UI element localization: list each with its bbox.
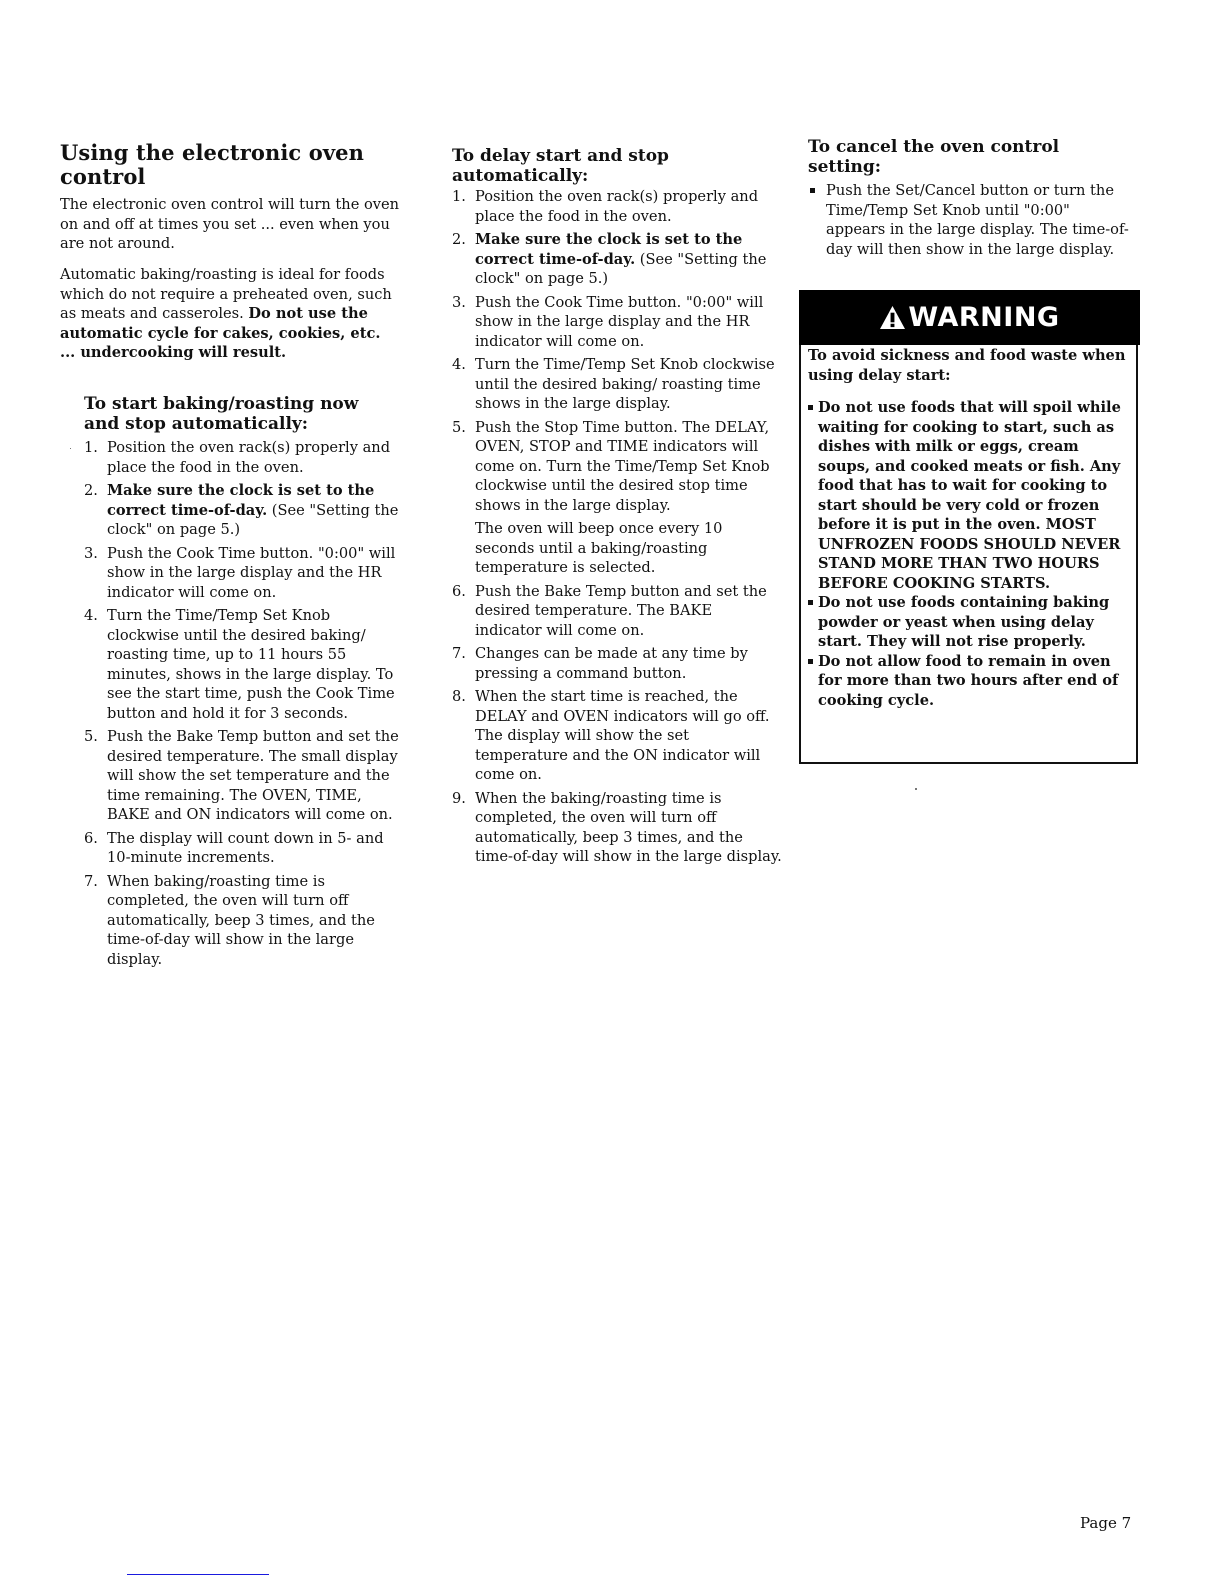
step-number: 9. (452, 789, 466, 809)
square-bullet-icon (808, 600, 813, 605)
delay-start-step: 2.Make sure the clock is set to the corr… (452, 230, 782, 289)
step-number: 4. (84, 606, 98, 626)
step-number: 6. (84, 829, 98, 849)
scan-speck (915, 788, 917, 790)
bottom-rule (127, 1574, 269, 1575)
start-now-step: 3.Push the Cook Time button. "0:00" will… (84, 544, 404, 603)
delay-start-step: 3.Push the Cook Time button. "0:00" will… (452, 293, 782, 352)
step-number: 2. (84, 481, 98, 501)
warning-bullet-item: Do not use foods that will spoil while w… (808, 398, 1133, 593)
step-number: 4. (452, 355, 466, 375)
step-number: 5. (452, 418, 466, 438)
step-number: 2. (452, 230, 466, 250)
step-text: Position the oven rack(s) properly and p… (107, 439, 390, 476)
start-now-step: 1.Position the oven rack(s) properly and… (84, 438, 404, 477)
bullet-text: Push the Set/Cancel button or turn the T… (826, 182, 1129, 258)
delay-start-step: 1.Position the oven rack(s) properly and… (452, 187, 782, 226)
bullet-text: Do not allow food to remain in oven for … (818, 653, 1118, 709)
warning-bullets: Do not use foods that will spoil while w… (808, 398, 1133, 710)
step-text: Turn the Time/Temp Set Knob clockwise un… (475, 356, 775, 412)
step-text: Push the Cook Time button. "0:00" will s… (475, 294, 763, 350)
step-number: 3. (84, 544, 98, 564)
delay-start-heading: To delay start and stop automatically: (452, 147, 772, 186)
square-bullet-icon (808, 405, 813, 410)
delay-start-step: 5.Push the Stop Time button. The DELAY, … (452, 418, 782, 578)
intro-paragraph-1: The electronic oven control will turn th… (60, 195, 400, 254)
warning-lead: To avoid sickness and food waste when us… (808, 346, 1133, 385)
step-number: 5. (84, 727, 98, 747)
delay-start-step: 9.When the baking/roasting time is compl… (452, 789, 782, 867)
start-now-step: 6.The display will count down in 5- and … (84, 829, 404, 868)
start-now-steps: 1.Position the oven rack(s) properly and… (84, 438, 404, 973)
scan-speck (70, 448, 71, 449)
step-text: When the start time is reached, the DELA… (475, 688, 770, 783)
warning-label: WARNING (908, 302, 1059, 333)
warning-header: WARNING (799, 290, 1140, 345)
step-text: Push the Bake Temp button and set the de… (107, 728, 399, 823)
delay-start-step: 6.Push the Bake Temp button and set the … (452, 582, 782, 641)
delay-start-step: 7.Changes can be made at any time by pre… (452, 644, 782, 683)
step-number: 6. (452, 582, 466, 602)
step-text: Push the Cook Time button. "0:00" will s… (107, 545, 395, 601)
start-now-step: 7.When baking/roasting time is completed… (84, 872, 404, 970)
square-bullet-icon (810, 188, 815, 193)
delay-start-step: 4.Turn the Time/Temp Set Knob clockwise … (452, 355, 782, 414)
step-text: When the baking/roasting time is complet… (475, 790, 782, 866)
step-text: Turn the Time/Temp Set Knob clockwise un… (107, 607, 395, 722)
page-number: Page 7 (1080, 1514, 1131, 1532)
delay-start-step: 8.When the start time is reached, the DE… (452, 687, 782, 785)
start-now-step: 2.Make sure the clock is set to the corr… (84, 481, 404, 540)
bullet-text: Do not use foods that will spoil while w… (818, 399, 1121, 592)
step-number: 8. (452, 687, 466, 707)
step-number: 3. (452, 293, 466, 313)
start-now-step: 5.Push the Bake Temp button and set the … (84, 727, 404, 825)
square-bullet-icon (808, 659, 813, 664)
step-number: 7. (84, 872, 98, 892)
cancel-bullet-item: Push the Set/Cancel button or turn the T… (808, 181, 1133, 259)
bullet-text: Do not use foods containing baking powde… (818, 594, 1109, 650)
intro-paragraph-2: Automatic baking/roasting is ideal for f… (60, 265, 400, 363)
step-number: 1. (452, 187, 466, 207)
step-note: The oven will beep once every 10 seconds… (475, 519, 782, 578)
step-text: The display will count down in 5- and 10… (107, 830, 384, 867)
cancel-bullets: Push the Set/Cancel button or turn the T… (808, 181, 1133, 259)
delay-start-steps: 1.Position the oven rack(s) properly and… (452, 187, 782, 871)
step-text: Push the Bake Temp button and set the de… (475, 583, 767, 639)
step-number: 7. (452, 644, 466, 664)
step-text: When baking/roasting time is completed, … (107, 873, 375, 968)
warning-bullet-item: Do not allow food to remain in oven for … (808, 652, 1133, 711)
warning-triangle-icon (879, 305, 906, 330)
page-title: Using the electronic oven control (60, 141, 400, 189)
start-now-step: 4.Turn the Time/Temp Set Knob clockwise … (84, 606, 404, 723)
start-now-heading: To start baking/roasting now and stop au… (84, 395, 394, 434)
step-text: Position the oven rack(s) properly and p… (475, 188, 758, 225)
step-number: 1. (84, 438, 98, 458)
cancel-heading: To cancel the oven control setting: (808, 138, 1128, 177)
step-text: Push the Stop Time button. The DELAY, OV… (475, 419, 770, 514)
step-text: Changes can be made at any time by press… (475, 645, 748, 682)
warning-bullet-item: Do not use foods containing baking powde… (808, 593, 1133, 652)
